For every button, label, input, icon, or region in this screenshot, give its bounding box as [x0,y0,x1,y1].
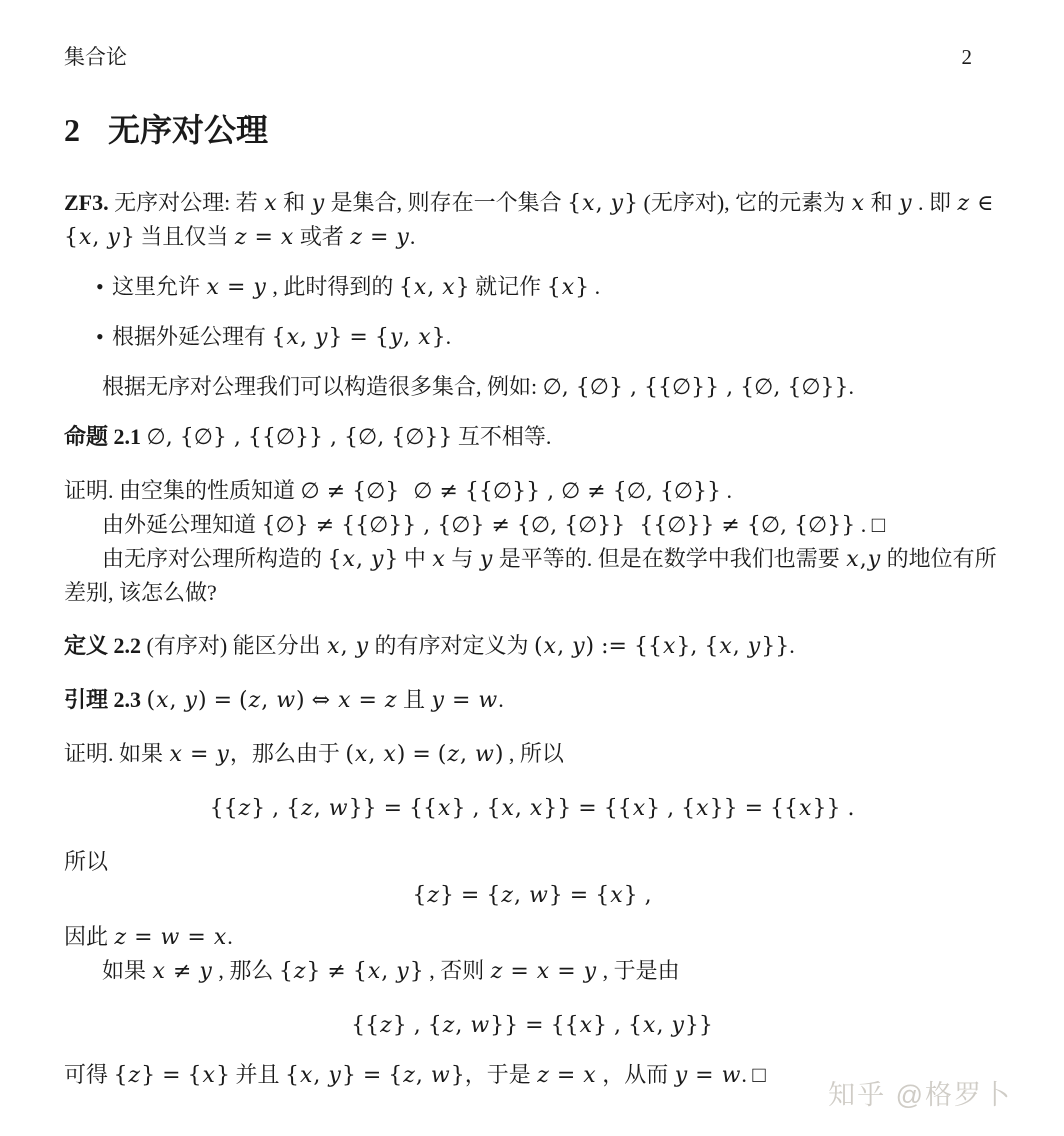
text-run: . [410,224,416,249]
math-run: x,y [845,547,881,572]
document-body: ZF3. 无序对公理: 若 x 和 y 是集合, 则存在一个集合 {x, y} … [64,186,1000,1092]
paragraph-ruguo: 如果 x ≠ y , 那么 {z} ≠ {x, y} , 否则 z = x = … [64,954,1000,988]
definition-2-2: 定义 2.2 (有序对) 能区分出 x, y 的有序对定义为 (x, y) :=… [64,629,1000,663]
math-run: x [851,191,865,216]
text-run: 证明. 由空集的性质知道 [64,478,301,503]
math-run: {z} = {x} [114,1063,230,1088]
text-run: . [498,687,504,712]
proof-2-intro: 证明. 如果 x = y，那么由于 (x, x) = (z, w) , 所以 [64,737,1000,771]
text-run: 是平等的. 但是在数学中我们也需要 [493,546,845,571]
watermark: 知乎 @格罗卜 [828,1073,1012,1112]
math-run: y [898,191,912,216]
math-run: ∅ ≠ {∅} ∅ ≠ {{∅}} , ∅ ≠ {∅, {∅}} [301,479,722,504]
math-run: {x, y} [328,547,399,572]
text-run: . [789,633,795,658]
text-run: , 于是由 [597,958,680,983]
math-run: {x} [547,275,589,300]
document-page: 集合论 2 2无序对公理 ZF3. 无序对公理: 若 x 和 y 是集合, 则存… [0,0,1064,1136]
proposition-2-1: 命题 2.1 ∅, {∅} , {{∅}} , {∅, {∅}} 互不相等. [64,420,1000,454]
math-run: ∅, {∅} , {{∅}} , {∅, {∅}} [147,425,453,450]
math-run: (x, y) = (z, w) ⇔ x = z [147,688,398,713]
math-run: y = w [431,688,499,713]
math-run: x = y [169,742,230,767]
text-run: 中 [398,546,431,571]
section-number: 2 [64,110,80,150]
math-run: {x, y} [567,191,638,216]
text-run: . □ [741,1062,765,1087]
lemma-2-3: 引理 2.3 (x, y) = (z, w) ⇔ x = z 且 y = w. [64,683,1000,717]
text-run: 与 [446,546,479,571]
text-run: , 此时得到的 [267,274,399,299]
running-head-title: 集合论 [64,44,127,70]
math-run: x [431,547,445,572]
math-run: {{z} , {z, w}} = {{x} , {x, y}} [351,1013,713,1038]
text-run: . □ [855,512,885,537]
text-run: 是集合, 则存在一个集合 [325,190,567,215]
text-run: 因此 [64,924,114,949]
text-run: 根据外延公理有 [112,324,272,349]
proof-1-line-1: 证明. 由空集的性质知道 ∅ ≠ {∅} ∅ ≠ {{∅}} , ∅ ≠ {∅,… [64,474,1000,508]
math-run: {x, y} = {y, x} [272,325,446,350]
math-run: (x, x) = (z, w) [345,742,503,767]
proof-1-line-2: 由外延公理知道 {∅} ≠ {{∅}} , {∅} ≠ {∅, {∅}} {{∅… [64,508,1000,542]
bold-run: ZF3. [64,190,109,215]
page-number: 2 [962,44,973,70]
math-run: z = x = y [490,959,597,984]
math-run: z = w = x [114,925,228,950]
text-run: , 所以 [503,741,564,766]
text-run: 可得 [64,1062,114,1087]
text-run: 或者 [294,224,349,249]
text-run: 无序对公理: 若 [109,190,264,215]
math-run: y [479,547,493,572]
math-run: x [263,191,277,216]
text-run: 如果 [102,958,152,983]
text-run: ，那么由于 [230,741,346,766]
text-run: ，从而 [597,1062,674,1087]
page-header: 集合论 2 [64,44,1000,70]
text-run: . 即 [913,190,957,215]
text-run: 由无序对公理所构造的 [102,546,328,571]
text-run: , 否则 [424,958,490,983]
text-run: 和 [865,190,898,215]
math-run: y [311,191,325,216]
paragraph-examples: 根据无序对公理我们可以构造很多集合, 例如: ∅, {∅} , {{∅}} , … [64,370,1000,404]
text-run: 的有序对定义为 [369,633,534,658]
bullet-item-2: 根据外延公理有 {x, y} = {y, x}. [64,320,1000,354]
text-run: 证明. 如果 [64,741,169,766]
math-run: ∅, {∅} , {{∅}} , {∅, {∅}} [543,375,849,400]
text-run: 所以 [64,849,108,874]
math-run: (x, y) := {{x}, {x, y}} [534,634,789,659]
text-run: 且 [398,687,431,712]
text-run: ，于是 [465,1062,537,1087]
text-run: . [848,374,854,399]
math-run: x = y [206,275,267,300]
math-run: {x, y} = {z, w} [285,1063,465,1088]
bold-run: 引理 2.3 [64,687,147,712]
math-run: z = x [234,225,294,250]
text-run: . [589,274,600,299]
math-run: {∅} ≠ {{∅}} , {∅} ≠ {∅, {∅}} {{∅}} ≠ {∅,… [262,513,856,538]
math-run: x ≠ y [152,959,213,984]
text-run: 就记作 [470,274,547,299]
text-run: . [721,478,732,503]
math-run: x, y [326,634,369,659]
math-run: {{z} , {z, w}} = {{x} , {x, x}} = {{x} ,… [210,796,855,821]
bullet-item-1: 这里允许 x = y , 此时得到的 {x, x} 就记作 {x} . [64,270,1000,304]
text-run: , 那么 [213,958,279,983]
text-run: 和 [278,190,311,215]
equation-2: {z} = {z, w} = {x} , [64,878,1000,912]
section-title-text: 无序对公理 [108,112,268,148]
text-run: . [227,924,233,949]
bold-run: 定义 2.2 [64,633,147,658]
text-run: (无序对), 它的元素为 [638,190,851,215]
math-run: {z} ≠ {x, y} [279,959,424,984]
text-run: 这里允许 [112,274,206,299]
math-run: {z} = {z, w} = {x} , [412,883,651,908]
text-run: 互不相等. [452,424,551,449]
paragraph-yinci: 因此 z = w = x. [64,920,1000,954]
equation-1: {{z} , {z, w}} = {{x} , {x, x}} = {{x} ,… [64,791,1000,825]
text-run: 并且 [230,1062,285,1087]
text-run: 当且仅当 [135,224,234,249]
math-run: z = y [349,225,409,250]
proof-1-line-3: 由无序对公理所构造的 {x, y} 中 x 与 y 是平等的. 但是在数学中我们… [64,542,1000,609]
math-run: z = x [536,1063,596,1088]
math-run: y = w [674,1063,742,1088]
text-run: (有序对) 能区分出 [147,633,327,658]
section-heading: 2无序对公理 [64,110,1000,150]
text-run: 由外延公理知道 [102,512,262,537]
text-run: 根据无序对公理我们可以构造很多集合, 例如: [102,374,543,399]
paragraph-suoyi: 所以 [64,845,1000,878]
math-run: {x, x} [399,275,470,300]
text-run: . [446,324,452,349]
paragraph-zf3: ZF3. 无序对公理: 若 x 和 y 是集合, 则存在一个集合 {x, y} … [64,186,1000,254]
equation-3: {{z} , {z, w}} = {{x} , {x, y}} [64,1008,1000,1042]
bold-run: 命题 2.1 [64,424,147,449]
